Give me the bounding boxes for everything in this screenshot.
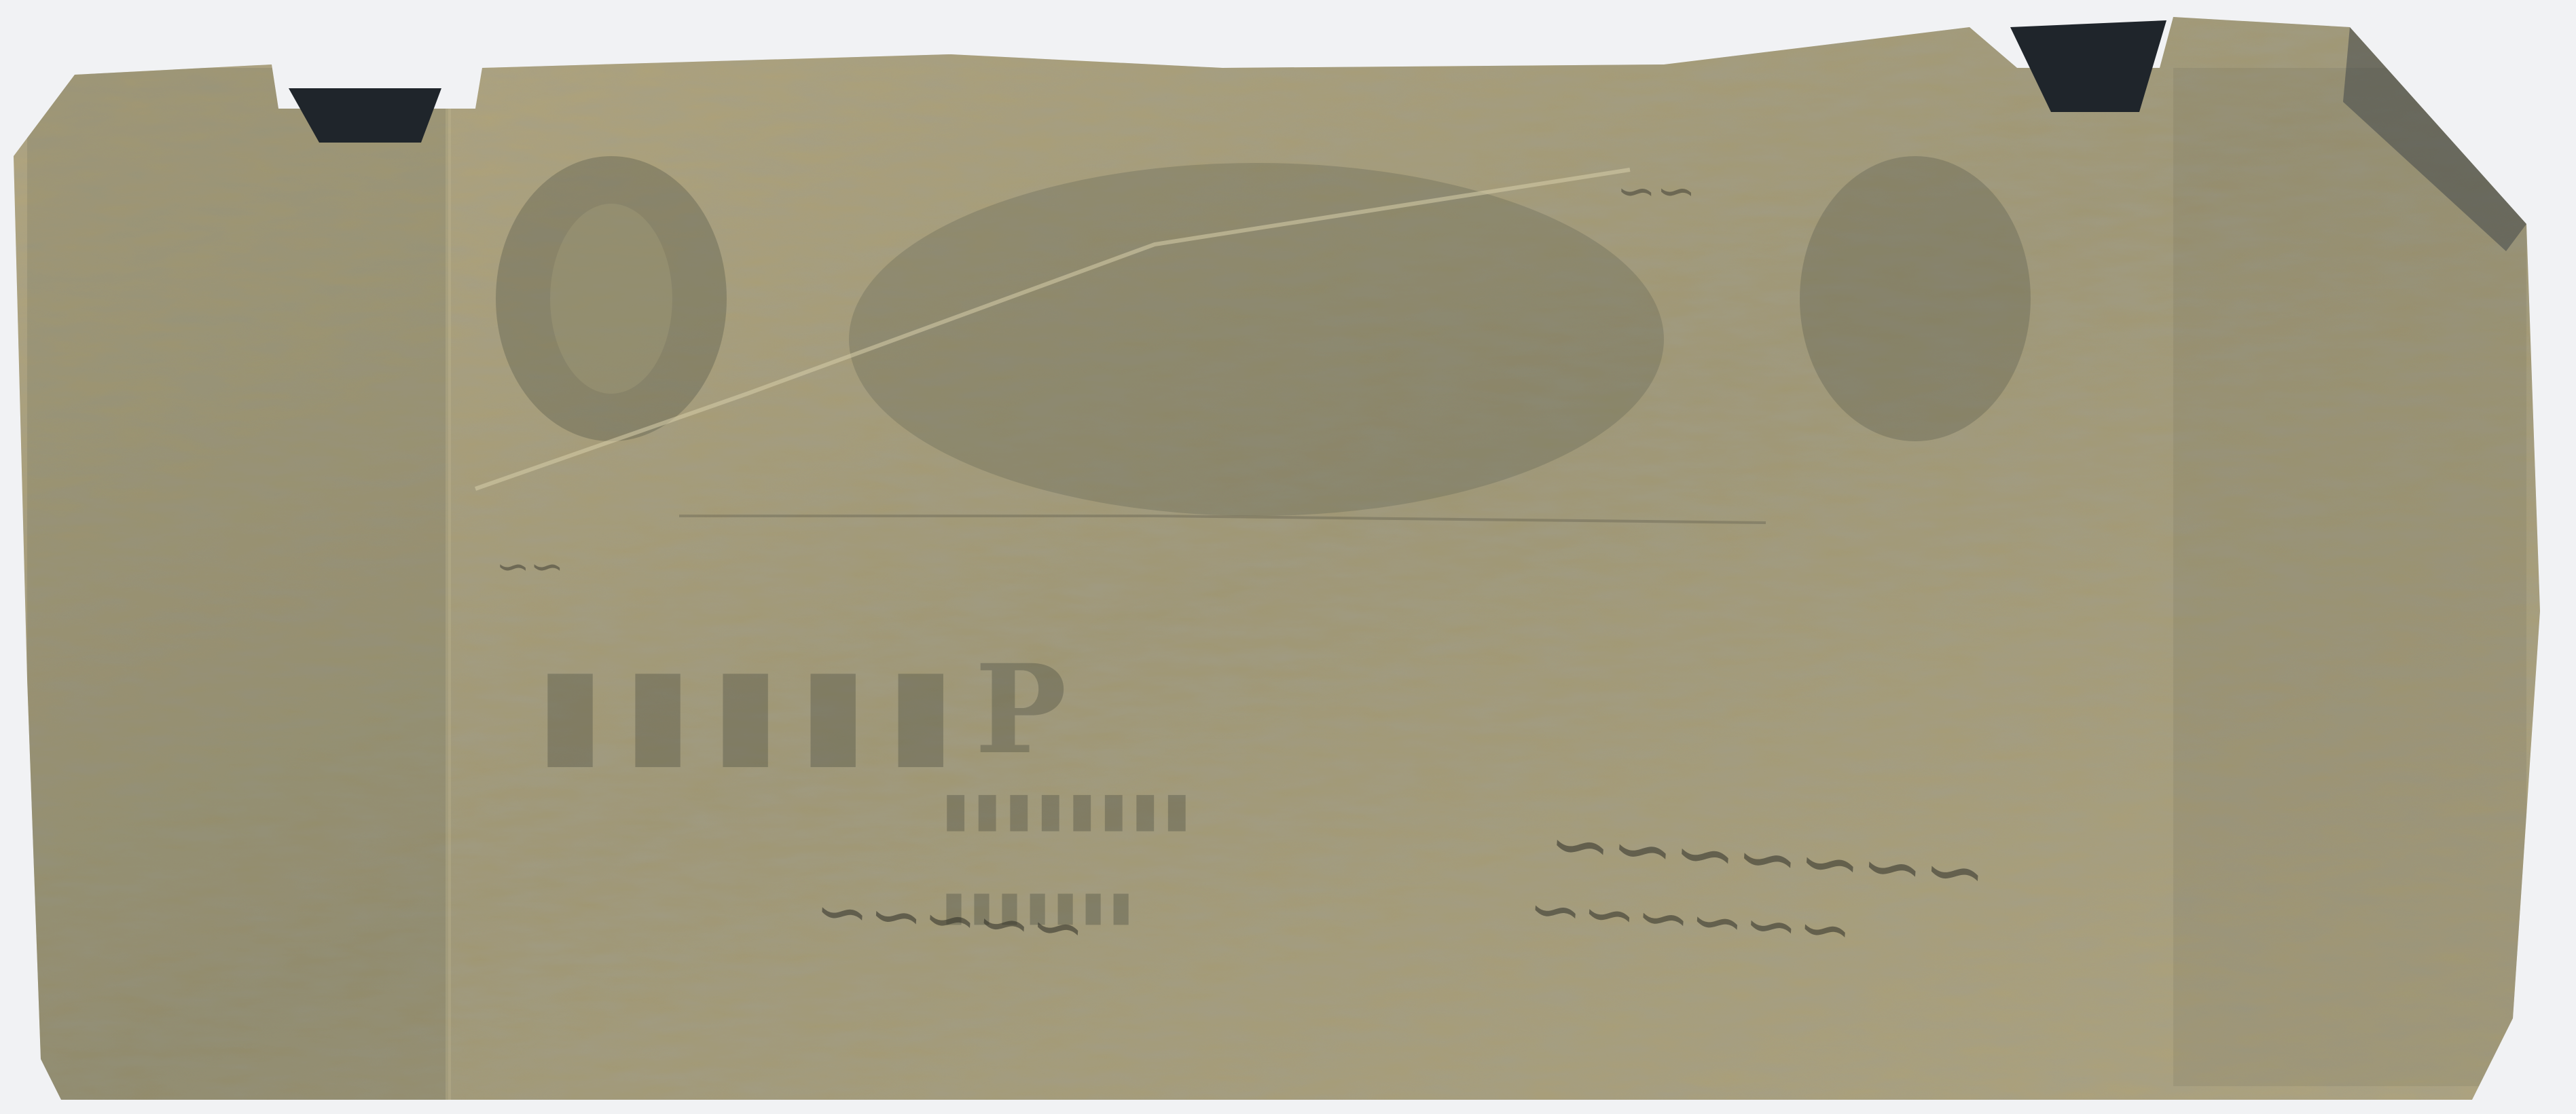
bleed-through-line-1: ▮▮▮▮▮▮▮▮ — [937, 781, 1190, 837]
serial-number-top: ~~ — [1616, 163, 1696, 219]
serial-number-left: ~~ — [496, 543, 564, 591]
banknote-photo: ~~ ~~ ꟼ▮▮▮▮▮ ▮▮▮▮▮▮▮▮ ▮▮▮▮▮▮▮ ~~~~~~~ ~~… — [0, 0, 2576, 1114]
banknote-paper — [0, 0, 2576, 1114]
bleed-through-title: ꟼ▮▮▮▮▮ — [516, 638, 1067, 781]
